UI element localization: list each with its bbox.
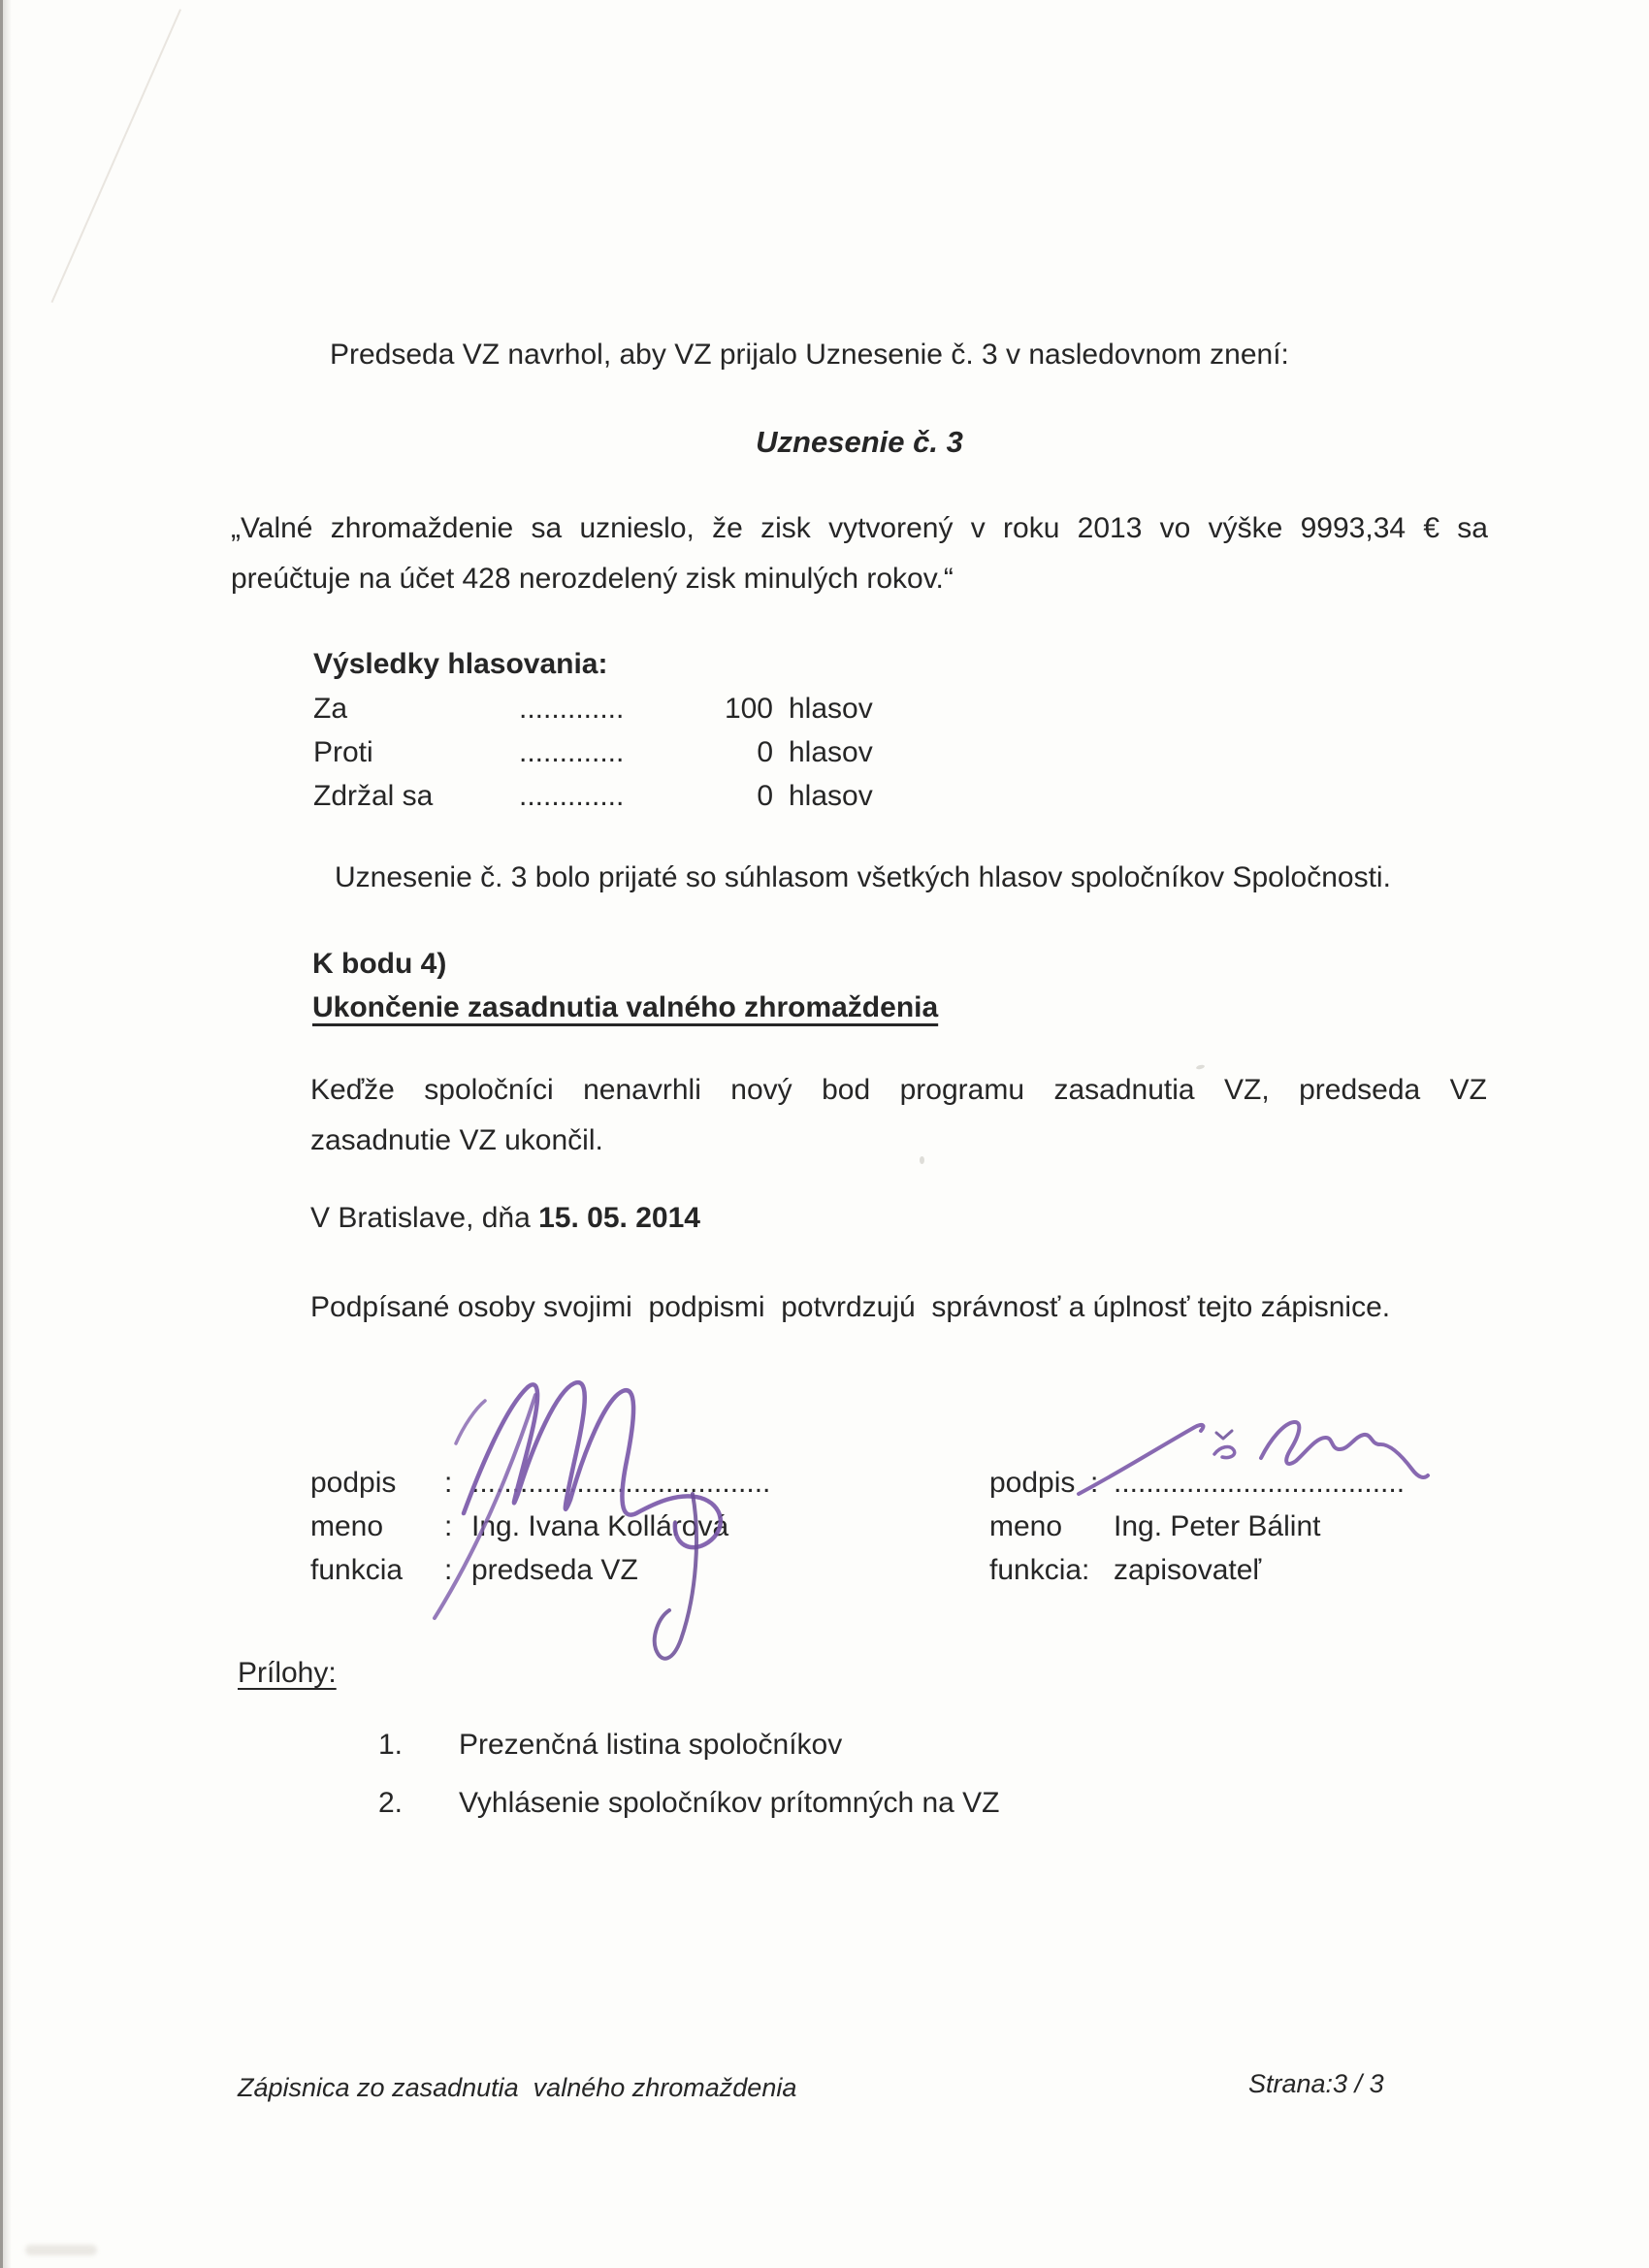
scan-speck: [1196, 1064, 1206, 1070]
signature-colon: :: [1090, 1461, 1114, 1505]
signature-label: podpis: [310, 1461, 444, 1505]
adoption-note: Uznesenie č. 3 bolo prijaté so súhlasom …: [335, 861, 1391, 894]
signature-colon: :: [444, 1461, 471, 1505]
signature-label: meno: [310, 1505, 444, 1548]
voting-results-heading: Výsledky hlasovania:: [313, 648, 608, 681]
attachment-item: 2. Vyhlásenie spoločníkov prítomných na …: [378, 1787, 1000, 1820]
scanned-document-page: Predseda VZ navrhol, aby VZ prijalo Uzne…: [0, 0, 1649, 2268]
signature-row-podpis: podpis : ...............................…: [310, 1461, 770, 1505]
attachment-text: Prezenčná listina spoločníkov: [459, 1729, 842, 1762]
voting-label: Zdržal sa: [313, 780, 519, 813]
signature-row-meno: meno : Ing. Ivana Kollárová: [310, 1505, 770, 1548]
section4-subheading: Ukončenie zasadnutia valného zhromaždeni…: [312, 991, 938, 1024]
signature-row-funkcia: funkcia: zapisovateľ: [989, 1548, 1405, 1592]
section4-line-2: zasadnutie VZ ukončil.: [310, 1124, 1487, 1175]
voting-unit: hlasov: [789, 736, 873, 769]
voting-value: 0: [628, 736, 773, 769]
place-date-prefix: V Bratislave, dňa: [310, 1202, 538, 1234]
dotted-leader: .............: [519, 736, 628, 769]
voting-row-za: Za ............. 100 hlasov: [313, 693, 873, 726]
section4-line-1: Keďže spoločníci nenavrhli nový bod prog…: [310, 1074, 1487, 1124]
footer-page-number: Strana:3 / 3: [1248, 2069, 1384, 2099]
signature-dotted-line: ....................................: [1114, 1461, 1405, 1505]
date-value: 15. 05. 2014: [538, 1202, 700, 1234]
voting-label: Proti: [313, 736, 519, 769]
signature-row-funkcia: funkcia : predseda VZ: [310, 1548, 770, 1592]
dotted-leader: .............: [519, 693, 628, 726]
attachment-text: Vyhlásenie spoločníkov prítomných na VZ: [459, 1787, 1000, 1820]
attachment-number: 1.: [378, 1729, 459, 1762]
section4-heading: K bodu 4): [312, 948, 446, 981]
scan-left-edge-fade: [3, 0, 12, 2268]
signature-block-left: podpis : ...............................…: [310, 1461, 770, 1592]
attachment-number: 2.: [378, 1787, 459, 1820]
voting-value: 100: [628, 693, 773, 726]
voting-row-proti: Proti ............. 0 hlasov: [313, 736, 873, 769]
signature-label: podpis: [989, 1461, 1090, 1505]
signature-colon: [1090, 1505, 1114, 1548]
signature-colon: :: [444, 1505, 471, 1548]
scan-smudge: [25, 2245, 97, 2255]
voting-label: Za: [313, 693, 519, 726]
signature-name: Ing. Ivana Kollárová: [471, 1505, 728, 1548]
resolution-line-1: „Valné zhromaždenie sa uznieslo, že zisk…: [231, 512, 1488, 563]
signature-dotted-line: .....................................: [471, 1461, 770, 1505]
signature-label: funkcia:: [989, 1548, 1090, 1592]
signature-row-podpis: podpis : ...............................…: [989, 1461, 1405, 1505]
resolution-line-2: preúčtuje na účet 428 nerozdelený zisk m…: [231, 563, 1488, 613]
voting-value: 0: [628, 780, 773, 813]
section4-paragraph: Keďže spoločníci nenavrhli nový bod prog…: [310, 1074, 1487, 1175]
signature-colon: :: [444, 1548, 471, 1592]
signature-label: meno: [989, 1505, 1090, 1548]
scan-crease-line: [51, 9, 181, 303]
attachments-heading: Prílohy:: [238, 1657, 337, 1690]
place-date-line: V Bratislave, dňa 15. 05. 2014: [310, 1202, 700, 1235]
attachment-item: 1. Prezenčná listina spoločníkov: [378, 1729, 842, 1762]
signature-role: predseda VZ: [471, 1548, 638, 1592]
signature-role: zapisovateľ: [1114, 1548, 1261, 1592]
signature-colon: [1090, 1548, 1114, 1592]
voting-unit: hlasov: [789, 693, 873, 726]
signature-block-right: podpis : ...............................…: [989, 1461, 1405, 1592]
signature-name: Ing. Peter Bálint: [1114, 1505, 1320, 1548]
signature-row-meno: meno Ing. Peter Bálint: [989, 1505, 1405, 1548]
footer-document-title: Zápisnica zo zasadnutia valného zhromažd…: [238, 2073, 796, 2103]
dotted-leader: .............: [519, 780, 628, 813]
voting-unit: hlasov: [789, 780, 873, 813]
resolution-heading: Uznesenie č. 3: [35, 425, 1649, 460]
voting-row-zdrzal-sa: Zdržal sa ............. 0 hlasov: [313, 780, 873, 813]
intro-paragraph: Predseda VZ navrhol, aby VZ prijalo Uzne…: [330, 339, 1289, 372]
signature-label: funkcia: [310, 1548, 444, 1592]
confirmation-line: Podpísané osoby svojimi podpismi potvrdz…: [310, 1291, 1390, 1324]
resolution-paragraph: „Valné zhromaždenie sa uznieslo, že zisk…: [231, 512, 1488, 613]
